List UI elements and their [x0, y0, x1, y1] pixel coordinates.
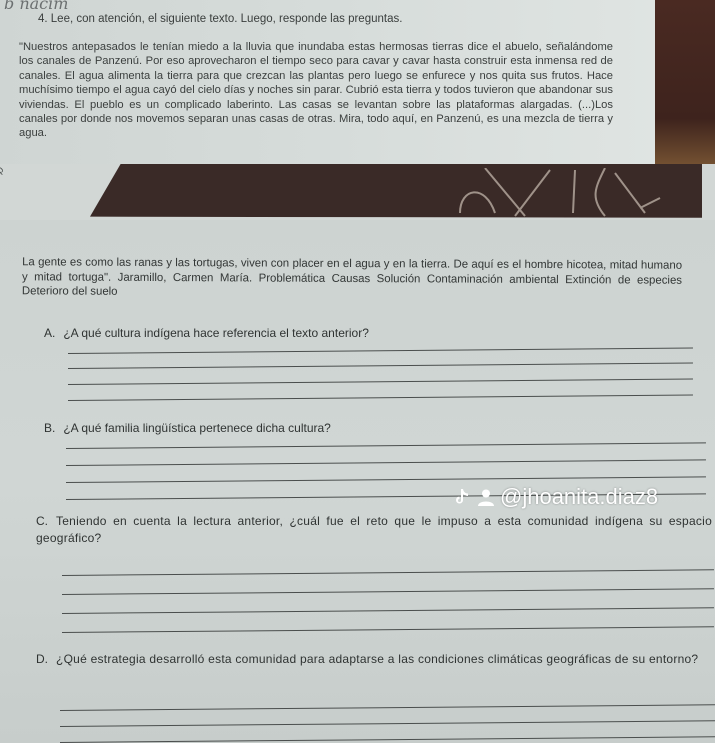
question-a: A.¿A qué cultura indígena hace referenci…	[44, 325, 684, 342]
instruction-text: 4. Lee, con atención, el siguiente texto…	[38, 13, 402, 25]
question-label: D.	[36, 652, 48, 666]
watermark-handle: @jhoanita.diaz8	[500, 484, 658, 510]
question-text: ¿A qué cultura indígena hace referencia …	[63, 326, 369, 340]
question-label: C.	[36, 514, 48, 528]
chalk-scribble-icon	[455, 168, 665, 218]
question-c: C.Teniendo en cuenta la lectura anterior…	[36, 513, 712, 547]
tiktok-icon	[452, 487, 472, 507]
question-text: ¿A qué familia lingüística pertenece dic…	[63, 421, 331, 435]
question-label: B.	[44, 421, 55, 435]
tiktok-watermark: @jhoanita.diaz8	[452, 484, 658, 510]
wooden-table-edge	[655, 0, 715, 170]
question-b: B.¿A qué familia lingüística pertenece d…	[44, 420, 684, 437]
question-label: A.	[44, 326, 55, 340]
reading-passage: "Nuestros antepasados le tenían miedo a …	[19, 40, 613, 141]
question-text: Teniendo en cuenta la lectura anterior, …	[36, 514, 712, 545]
user-icon	[476, 487, 496, 507]
reading-passage-continuation: La gente es como las ranas y las tortuga…	[22, 255, 682, 302]
question-d: D.¿Qué estrategia desarrolló esta comuni…	[36, 651, 712, 668]
handwritten-note: b nacim	[4, 0, 68, 13]
question-text: ¿Qué estrategia desarrolló esta comunida…	[56, 652, 698, 666]
